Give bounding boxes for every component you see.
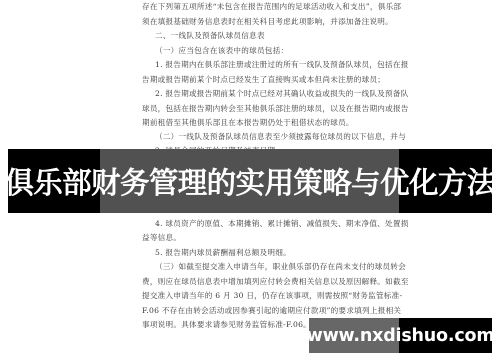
doc-line: F.06 不存在由转会活动或因参赛引起的逾期应付款项”的要求填列上报相关 [142, 306, 401, 316]
doc-line: （一）应当包含在该表中的球员包括： [155, 46, 288, 56]
doc-line: 2. 报告期或报告期前某个时点已经对其确认收益或损失的一线队及预备队 [155, 89, 409, 99]
doc-line: 4. 球员资产的原值、本期摊销、累计摊销、减值损失、期末净值、处置损 [155, 219, 409, 229]
doc-line: 球员，包括在报告期内转会至其他俱乐部注册的球员，以及在报告期内或报告 [142, 104, 409, 114]
doc-heading: 二、一线队及预备队球员信息表 [155, 31, 265, 41]
doc-line: 5. 报告期内球员薪酬福利总额及明细。 [155, 248, 291, 258]
doc-line: 益等信息。 [142, 233, 181, 243]
doc-line: （三）如截至提交准入申请当年，职业俱乐部仍存在尚未支付的球员转会 [155, 262, 406, 272]
doc-line: （二）一线队及预备队球员信息表至少须披露每位球员的以下信息，并与 [155, 132, 406, 142]
doc-line: 存在下列第五项所述“未包含在报告范围内的足球活动收入和支出”，俱乐部 [142, 2, 401, 12]
doc-line: 告期或报告期前某个时点已经发生了直接购买或本但尚未注册的球员； [142, 75, 385, 85]
doc-line: 1. 报告期内在俱乐部注册或注册过的所有一线队及预备队球员，包括在报 [155, 60, 409, 70]
doc-line: 期前租借至其他俱乐部且在本报告期仍处于租借状态的球员。 [142, 118, 354, 128]
doc-line: 提交准入申请当年的 6 月 30 日，仍存在该事项，则需按照“财务监管标准- [142, 291, 402, 301]
watermark-text: www.nxdishuo.com [309, 318, 492, 353]
doc-line: 事项说明。具体要求请参见财务监管标准-F.06。 [142, 320, 311, 330]
banner-title: 足球俱乐部财务管理的实用策略与优化方法解析 [8, 149, 492, 213]
doc-line: 须在填报基础财务信息表时在相关科目考虑此项影响，并添加备注说明。 [142, 17, 393, 27]
doc-line: 费，则应在球员信息表中增加填列应付转会费相关信息以及原因解释。如截至 [142, 277, 409, 287]
